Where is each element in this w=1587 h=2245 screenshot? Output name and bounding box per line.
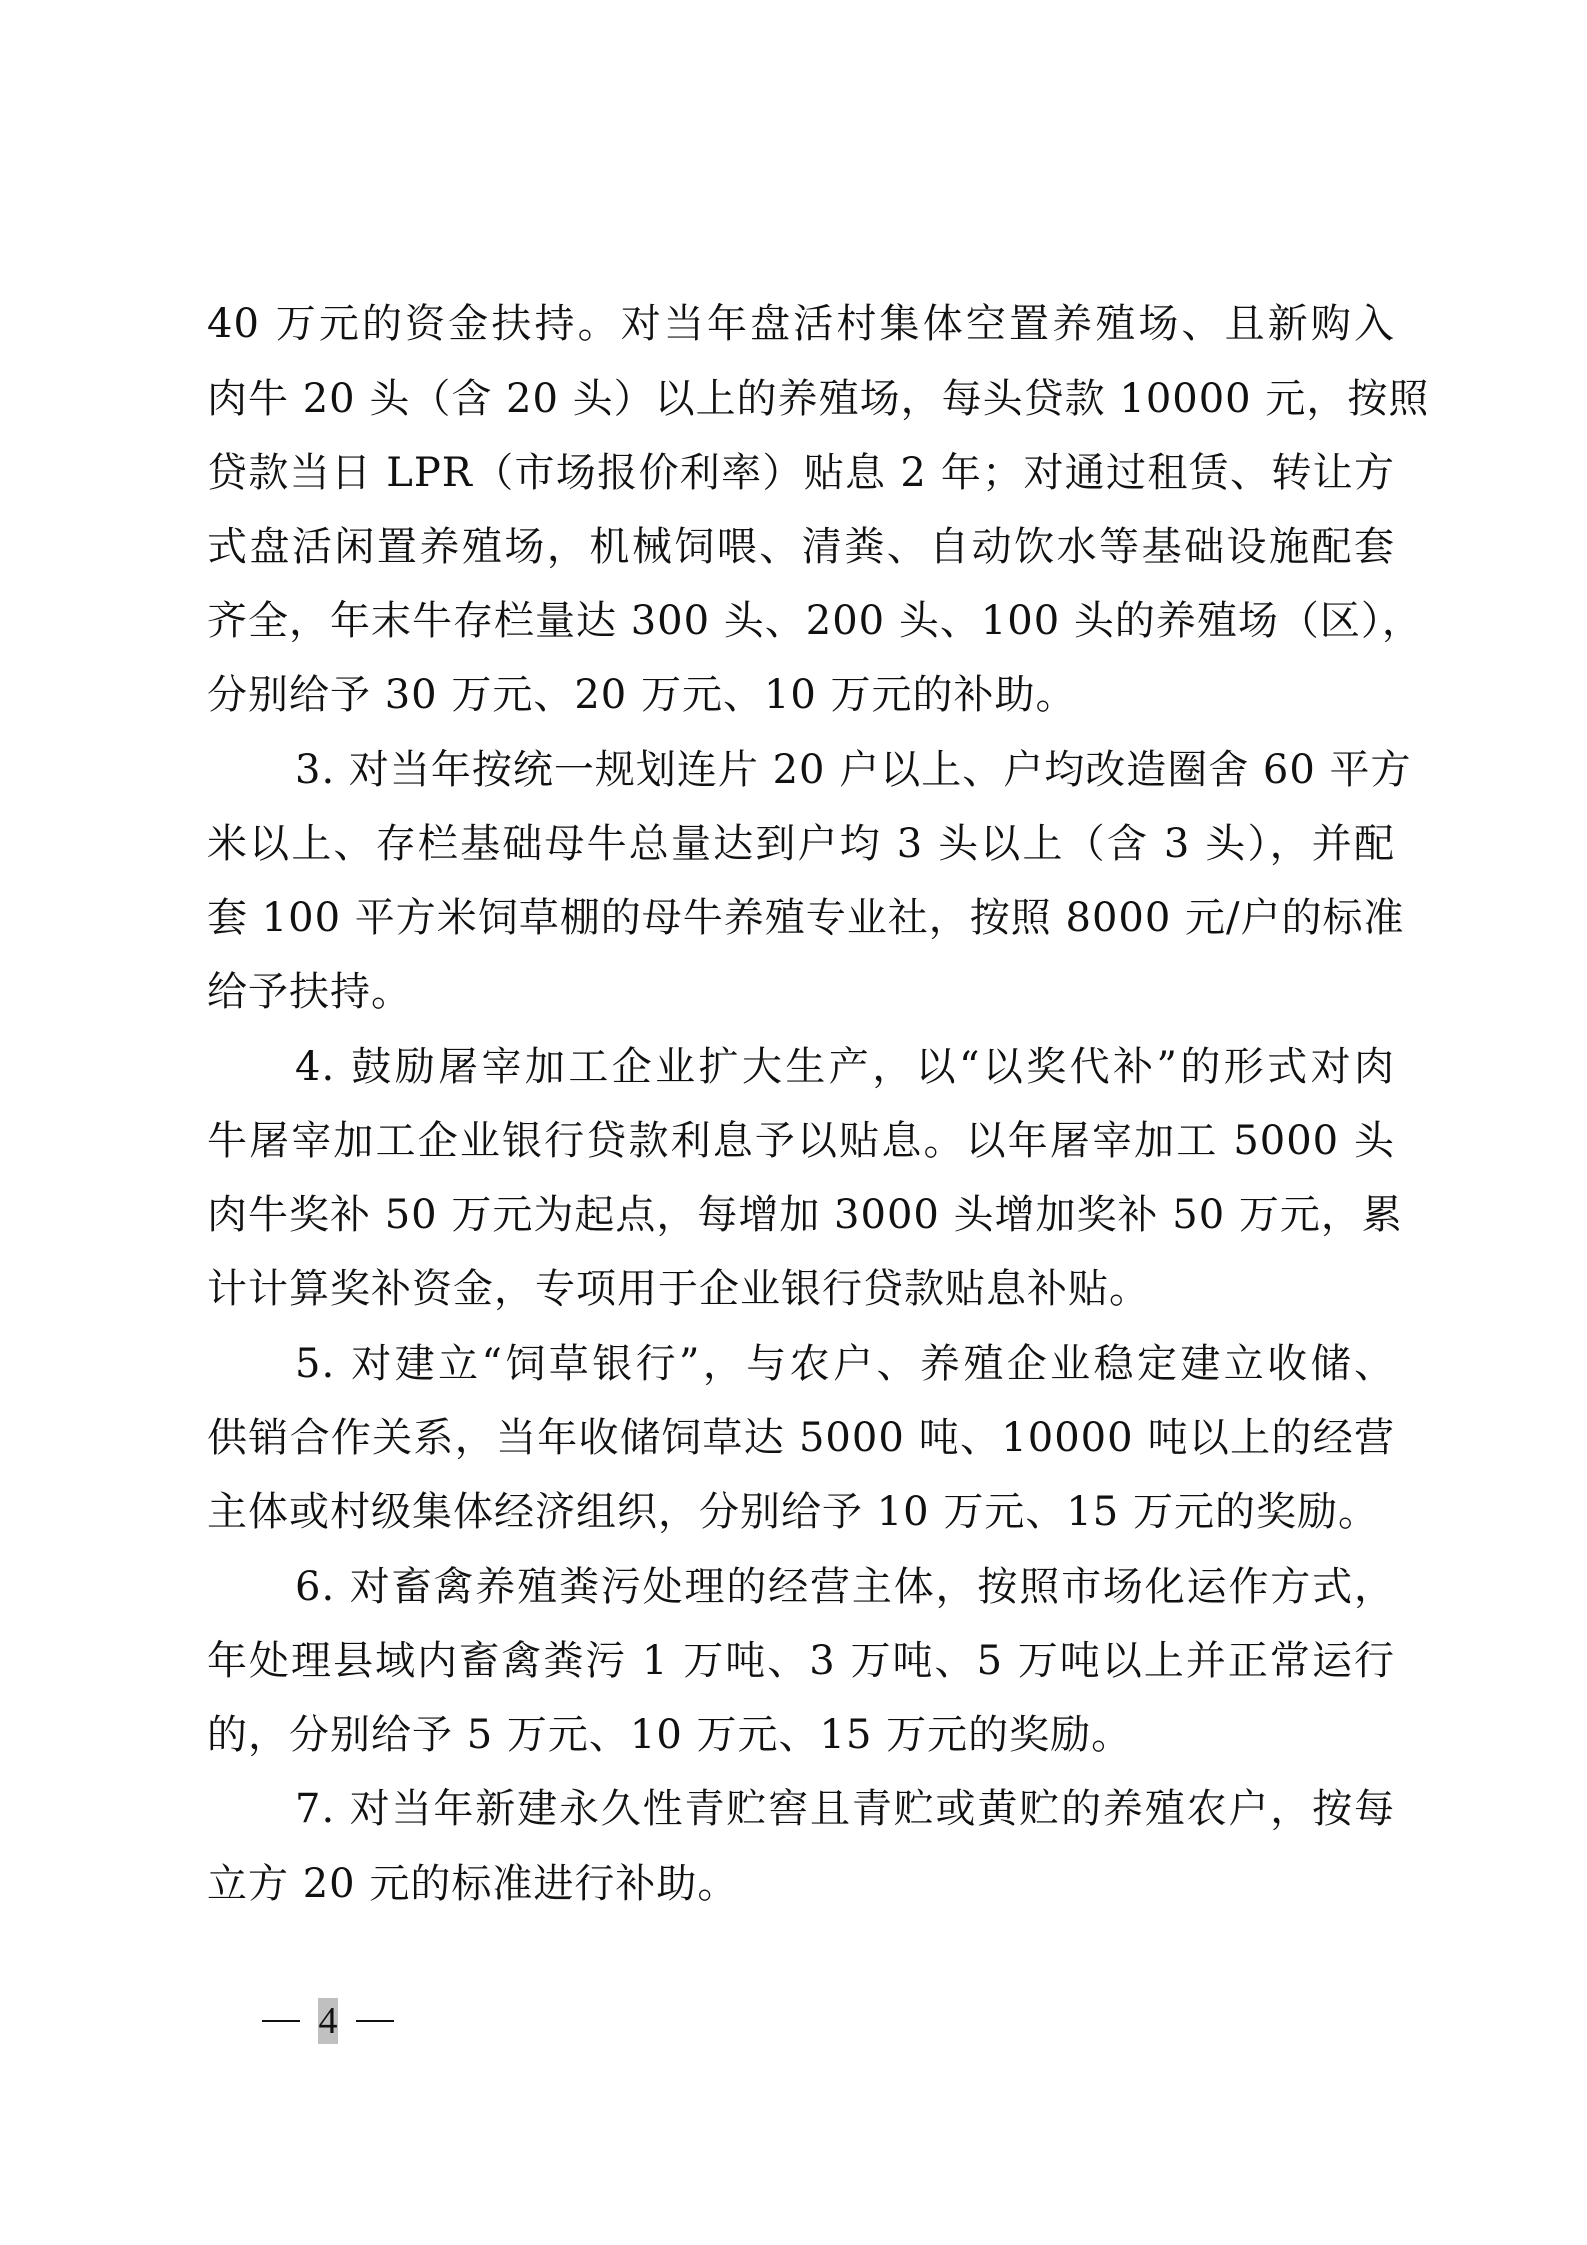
left-dash: [262, 2020, 300, 2022]
text-line: 年处理县域内畜禽粪污 1 万吨、3 万吨、5 万吨以上并正常运行: [207, 1631, 1395, 1691]
text-line: 给予扶持。: [207, 962, 1395, 1022]
document-page: 40 万元的资金扶持。对当年盘活村集体空置养殖场、且新购入 肉牛 20 头（含 …: [0, 0, 1587, 2245]
text-line: 5. 对建立“饲草银行”，与农户、养殖企业稳定建立收储、: [295, 1334, 1395, 1394]
text-line: 主体或村级集体经济组织，分别给予 10 万元、15 万元的奖励。: [207, 1482, 1395, 1542]
text-line: 分别给予 30 万元、20 万元、10 万元的补助。: [207, 665, 1395, 725]
text-line: 式盘活闲置养殖场，机械饲喂、清粪、自动饮水等基础设施配套: [207, 517, 1395, 577]
page-number: 4: [318, 1998, 338, 2044]
text-line: 牛屠宰加工企业银行贷款利息予以贴息。以年屠宰加工 5000 头: [207, 1111, 1395, 1171]
text-line: 齐全，年末牛存栏量达 300 头、200 头、100 头的养殖场（区），: [207, 591, 1395, 651]
text-line: 肉牛 20 头（含 20 头）以上的养殖场，每头贷款 10000 元，按照: [207, 369, 1395, 429]
text-line: 4. 鼓励屠宰加工企业扩大生产，以“以奖代补”的形式对肉: [295, 1037, 1395, 1097]
text-line: 7. 对当年新建永久性青贮窖且青贮或黄贮的养殖农户，按每: [295, 1779, 1395, 1839]
right-dash: [356, 2020, 394, 2022]
text-line: 贷款当日 LPR（市场报价利率）贴息 2 年；对通过租赁、转让方: [207, 443, 1395, 503]
text-line: 供销合作关系，当年收储饲草达 5000 吨、10000 吨以上的经营: [207, 1408, 1395, 1468]
text-line: 40 万元的资金扶持。对当年盘活村集体空置养殖场、且新购入: [207, 294, 1395, 354]
text-line: 6. 对畜禽养殖粪污处理的经营主体，按照市场化运作方式，: [295, 1557, 1395, 1617]
page-footer: 4: [262, 1998, 394, 2044]
text-line: 肉牛奖补 50 万元为起点，每增加 3000 头增加奖补 50 万元，累: [207, 1185, 1395, 1245]
text-line: 的，分别给予 5 万元、10 万元、15 万元的奖励。: [207, 1705, 1395, 1765]
text-line: 立方 20 元的标准进行补助。: [207, 1854, 1395, 1914]
text-line: 米以上、存栏基础母牛总量达到户均 3 头以上（含 3 头），并配: [207, 814, 1395, 874]
text-line: 套 100 平方米饲草棚的母牛养殖专业社，按照 8000 元/户的标准: [207, 888, 1395, 948]
text-line: 计计算奖补资金，专项用于企业银行贷款贴息补贴。: [207, 1259, 1395, 1319]
text-line: 3. 对当年按统一规划连片 20 户以上、户均改造圈舍 60 平方: [295, 740, 1395, 800]
